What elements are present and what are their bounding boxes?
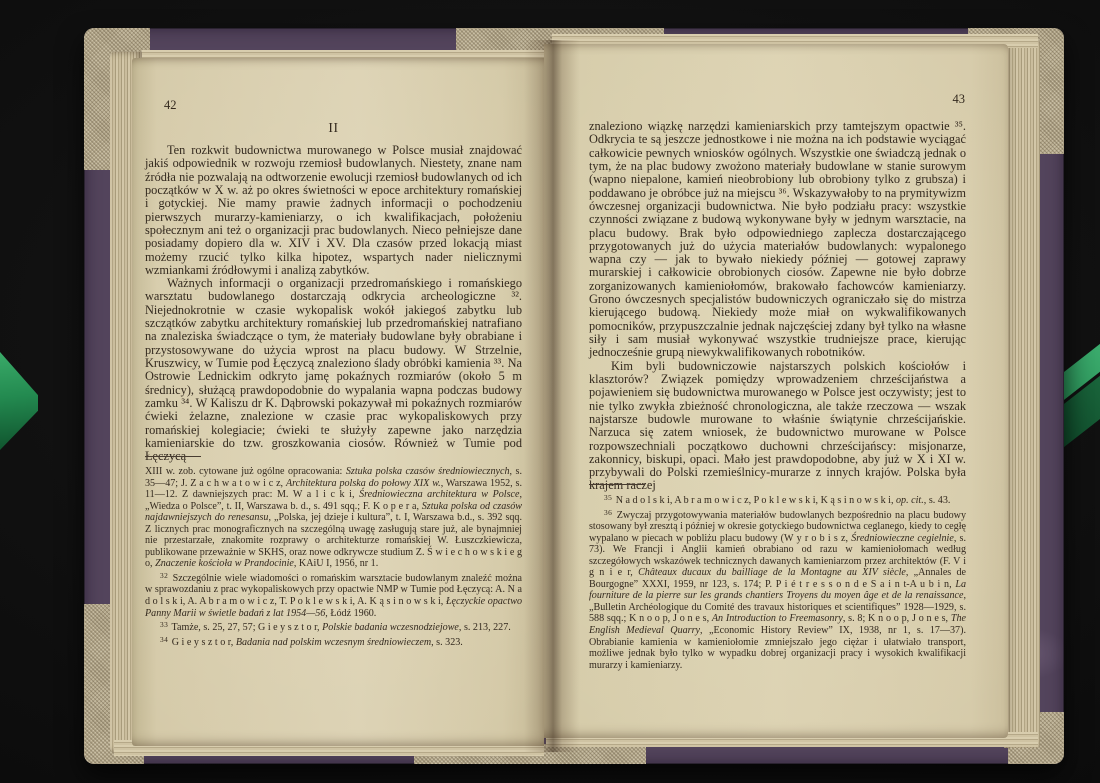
section-heading: II bbox=[145, 120, 522, 136]
photo-backdrop: 42 II Ten rozkwit budownictwa murowanego… bbox=[0, 0, 1100, 783]
left-page-body: Ten rozkwit budownictwa murowanego w Pol… bbox=[145, 144, 522, 464]
right-page-body: znaleziono wiązkę narzędzi kamieniarskic… bbox=[589, 120, 966, 493]
right-page-footnotes: 35 N a d o l s k i, A b r a m o w i c z,… bbox=[589, 492, 966, 671]
footnote-36: 36 Zwyczaj przygotowywania materiałów bu… bbox=[589, 507, 966, 672]
paragraph: znaleziono wiązkę narzędzi kamieniarskic… bbox=[589, 120, 966, 360]
footnote-32: 32 Szczególnie wiele wiadomości o romańs… bbox=[145, 570, 522, 619]
paragraph: Ten rozkwit budownictwa murowanego w Pol… bbox=[145, 144, 522, 277]
left-page-footnotes: XIII w. zob. cytowane już ogólne opracow… bbox=[145, 466, 522, 648]
page-left: 42 II Ten rozkwit budownictwa murowanego… bbox=[132, 58, 544, 746]
page-number-right: 43 bbox=[589, 92, 965, 107]
paragraph: Kim byli budowniczowie najstarszych pols… bbox=[589, 360, 966, 493]
open-book: 42 II Ten rozkwit budownictwa murowanego… bbox=[84, 28, 1064, 764]
page-edges-right bbox=[1004, 40, 1040, 748]
footnote-33: 33 Tamże, s. 25, 27, 57; G i e y s z t o… bbox=[145, 619, 522, 634]
footnote-continuation: XIII w. zob. cytowane już ogólne opracow… bbox=[145, 466, 522, 570]
footnote-separator bbox=[145, 456, 201, 457]
page-right: 43 znaleziono wiązkę narzędzi kamieniars… bbox=[544, 44, 1008, 738]
footnote-35: 35 N a d o l s k i, A b r a m o w i c z,… bbox=[589, 492, 966, 507]
footnote-34: 34 G i e y s z t o r, Badania nad polski… bbox=[145, 634, 522, 649]
footnote-separator bbox=[589, 484, 645, 485]
book-cradle-left bbox=[0, 352, 38, 450]
page-number-left: 42 bbox=[164, 98, 177, 113]
paragraph: Ważnych informacji o organizacji przedro… bbox=[145, 277, 522, 463]
